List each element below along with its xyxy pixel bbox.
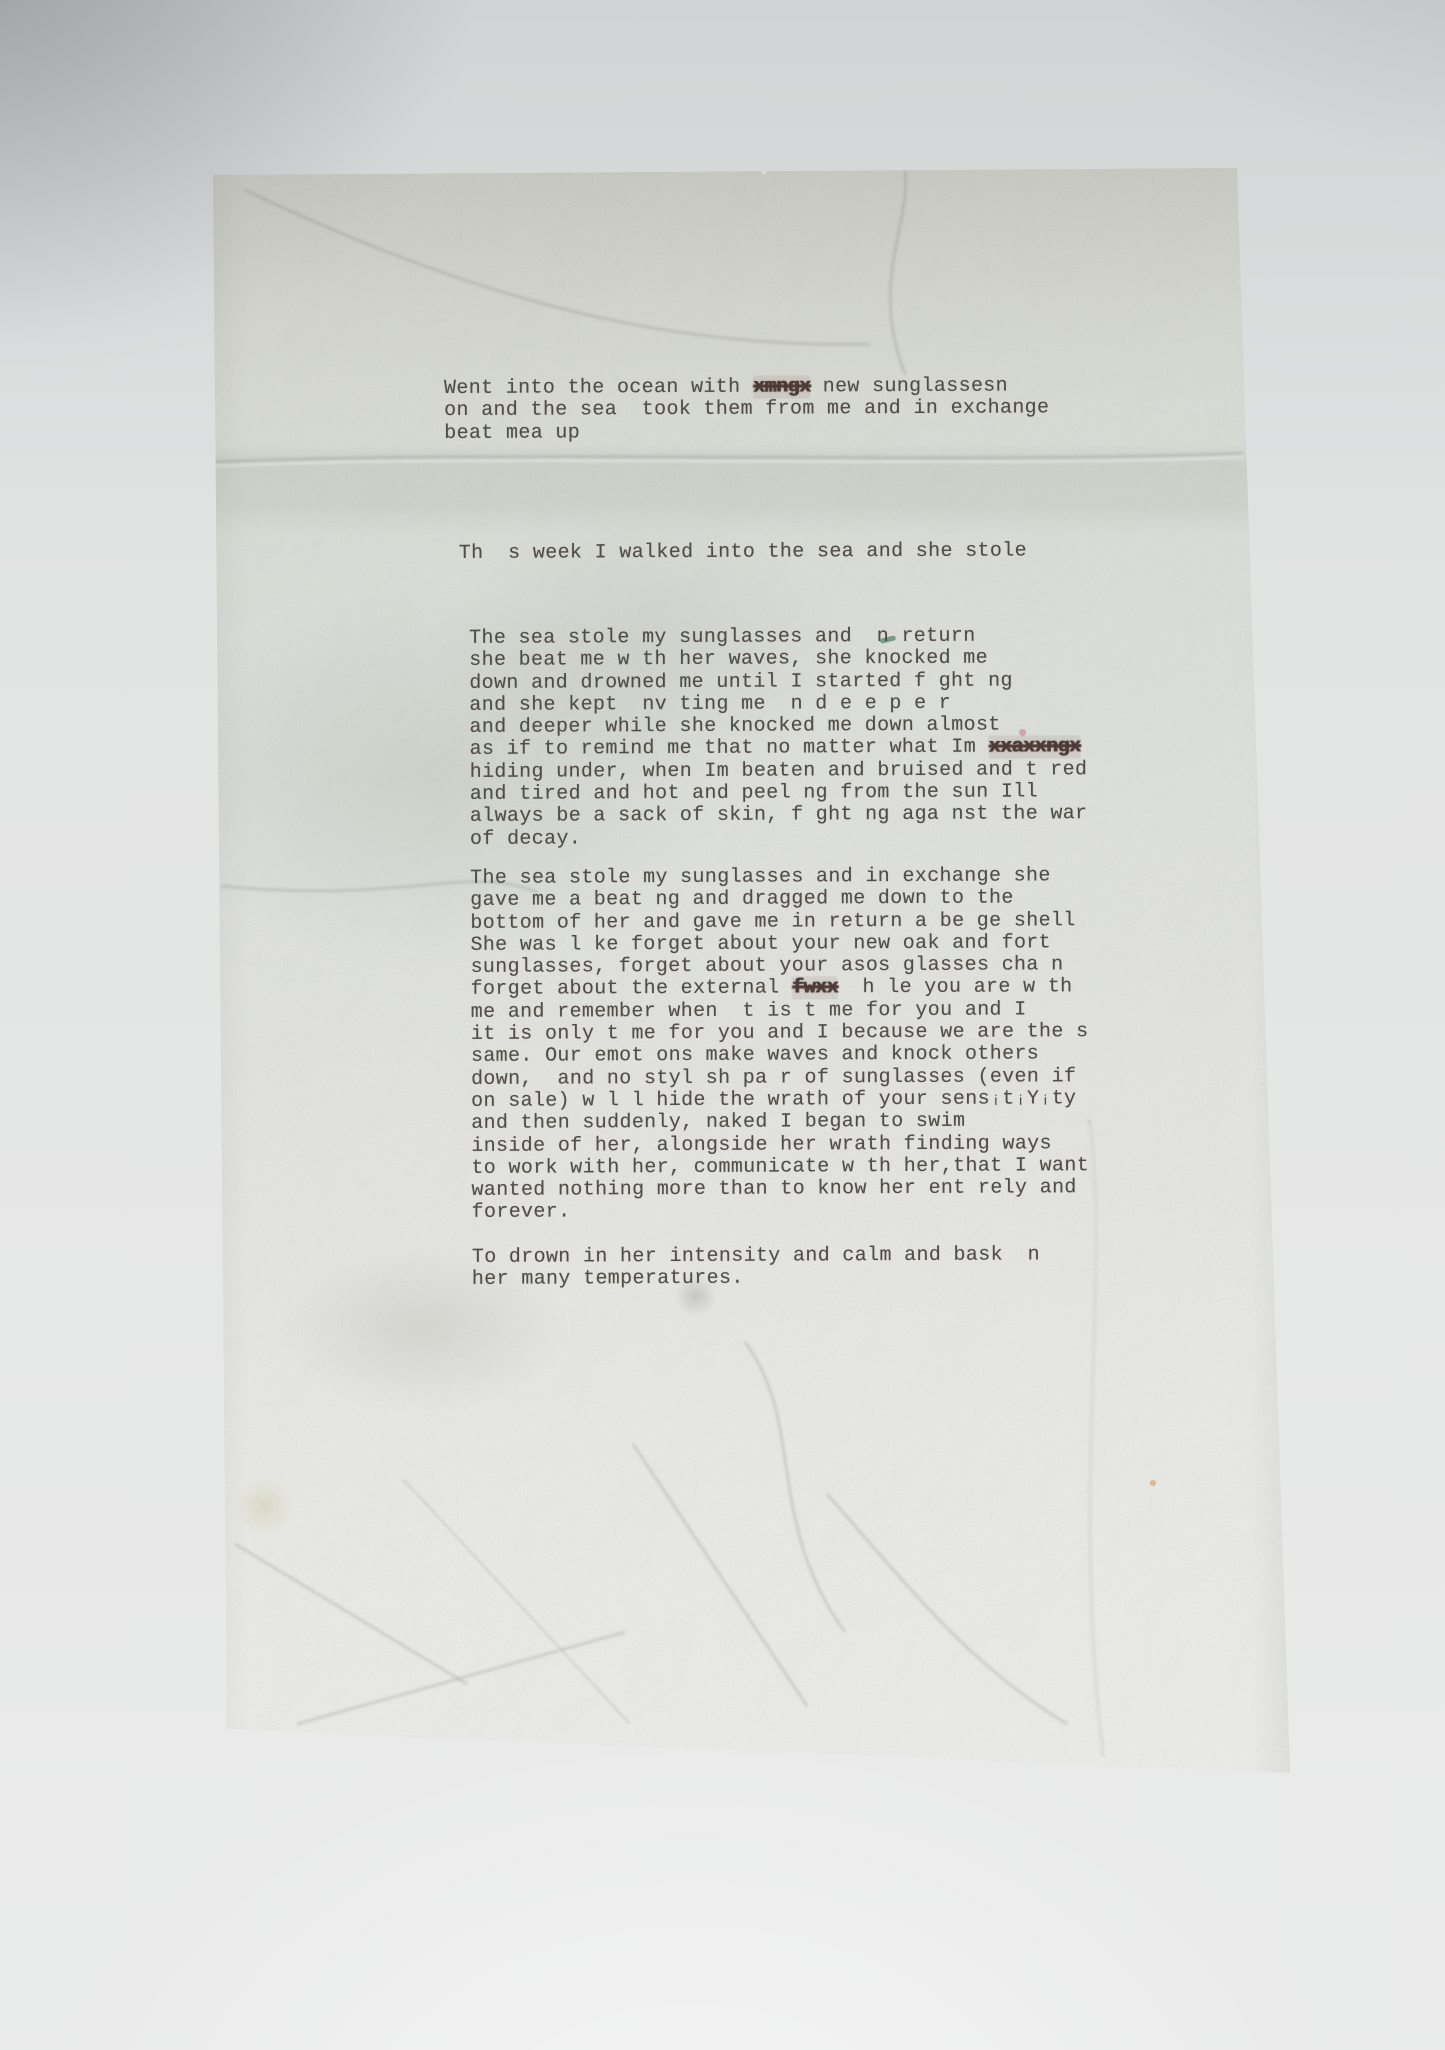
typewritten-line: The sea stole my sunglasses and n return [469,625,1087,650]
text-segment: and she kept nv ting me n d e e p e r [469,692,951,717]
typewritten-line: down and drowned me until I started f gh… [469,670,1087,695]
text-segment: wanted nothing more than to know her ent… [471,1176,1076,1202]
typewritten-line: on and the sea took them from me and in … [444,398,1049,423]
text-segment: h le you are w th [838,976,1073,1000]
typewritten-line: her many temperatures. [472,1267,1040,1292]
text-segment: her many temperatures. [472,1267,744,1291]
text-segment: new sunglassesn [810,375,1008,399]
typewritten-block-stanza-2: The sea stole my sunglasses and in excha… [470,865,1089,1224]
typewritten-line: beat mea up [444,420,1049,445]
text-segment: gave me a beat ng and dragged me down to… [470,887,1014,912]
typewritten-block-opening: Went into the ocean with xmngx new sungl… [444,375,1050,445]
text-segment: beat mea up [444,421,580,445]
typewritten-line: To drown in her intensity and calm and b… [472,1244,1040,1269]
text-segment: Went into the ocean with [444,376,753,400]
typewritten-line: on sale) w l l hide the wrath of your se… [471,1088,1089,1113]
text-segment: down and drowned me until I started f gh… [469,669,1013,694]
typewritten-text-layer: Went into the ocean with xmngx new sungl… [204,158,1301,1783]
text-segment: of decay. [470,827,581,850]
overstruck-word: xmngx [753,375,811,398]
text-segment: same. Our emot ons make waves and knock … [471,1043,1039,1068]
typewritten-line: wanted nothing more than to know her ent… [471,1177,1089,1202]
text-segment: she beat me w th her waves, she knocked … [469,647,988,672]
typewritten-block-closing: To drown in her intensity and calm and b… [472,1244,1040,1291]
paper-sheet: Went into the ocean with xmngx new sungl… [205,162,1295,1782]
text-segment: forget about the external [471,977,792,1001]
text-segment: on and the sea took them from me and in … [444,397,1049,423]
text-segment: always be a sack of skin, f ght ng aga n… [470,803,1088,829]
text-segment: Th s week I walked into the sea and she … [459,539,1027,564]
typewritten-block-intro: Th s week I walked into the sea and she … [459,540,1027,565]
text-segment: on sale) w l l hide the wrath of your se… [471,1087,1076,1113]
text-segment: and then suddenly, naked I began to swim [471,1110,965,1135]
overstruck-word: xxaxxngx [988,736,1080,759]
text-segment: To drown in her intensity and calm and b… [472,1243,1040,1268]
overstruck-word: fwxx [792,977,838,1000]
typewritten-line: of decay. [470,826,1088,851]
typewritten-line: always be a sack of skin, f ght ng aga n… [470,804,1088,829]
text-segment: as if to remind me that no matter what I… [470,736,989,761]
typewritten-line: forever. [472,1200,1090,1225]
typewritten-line: Th s week I walked into the sea and she … [459,540,1027,565]
text-segment: forever. [472,1201,571,1224]
typewritten-block-stanza-1: The sea stole my sunglasses and n return… [469,625,1088,851]
